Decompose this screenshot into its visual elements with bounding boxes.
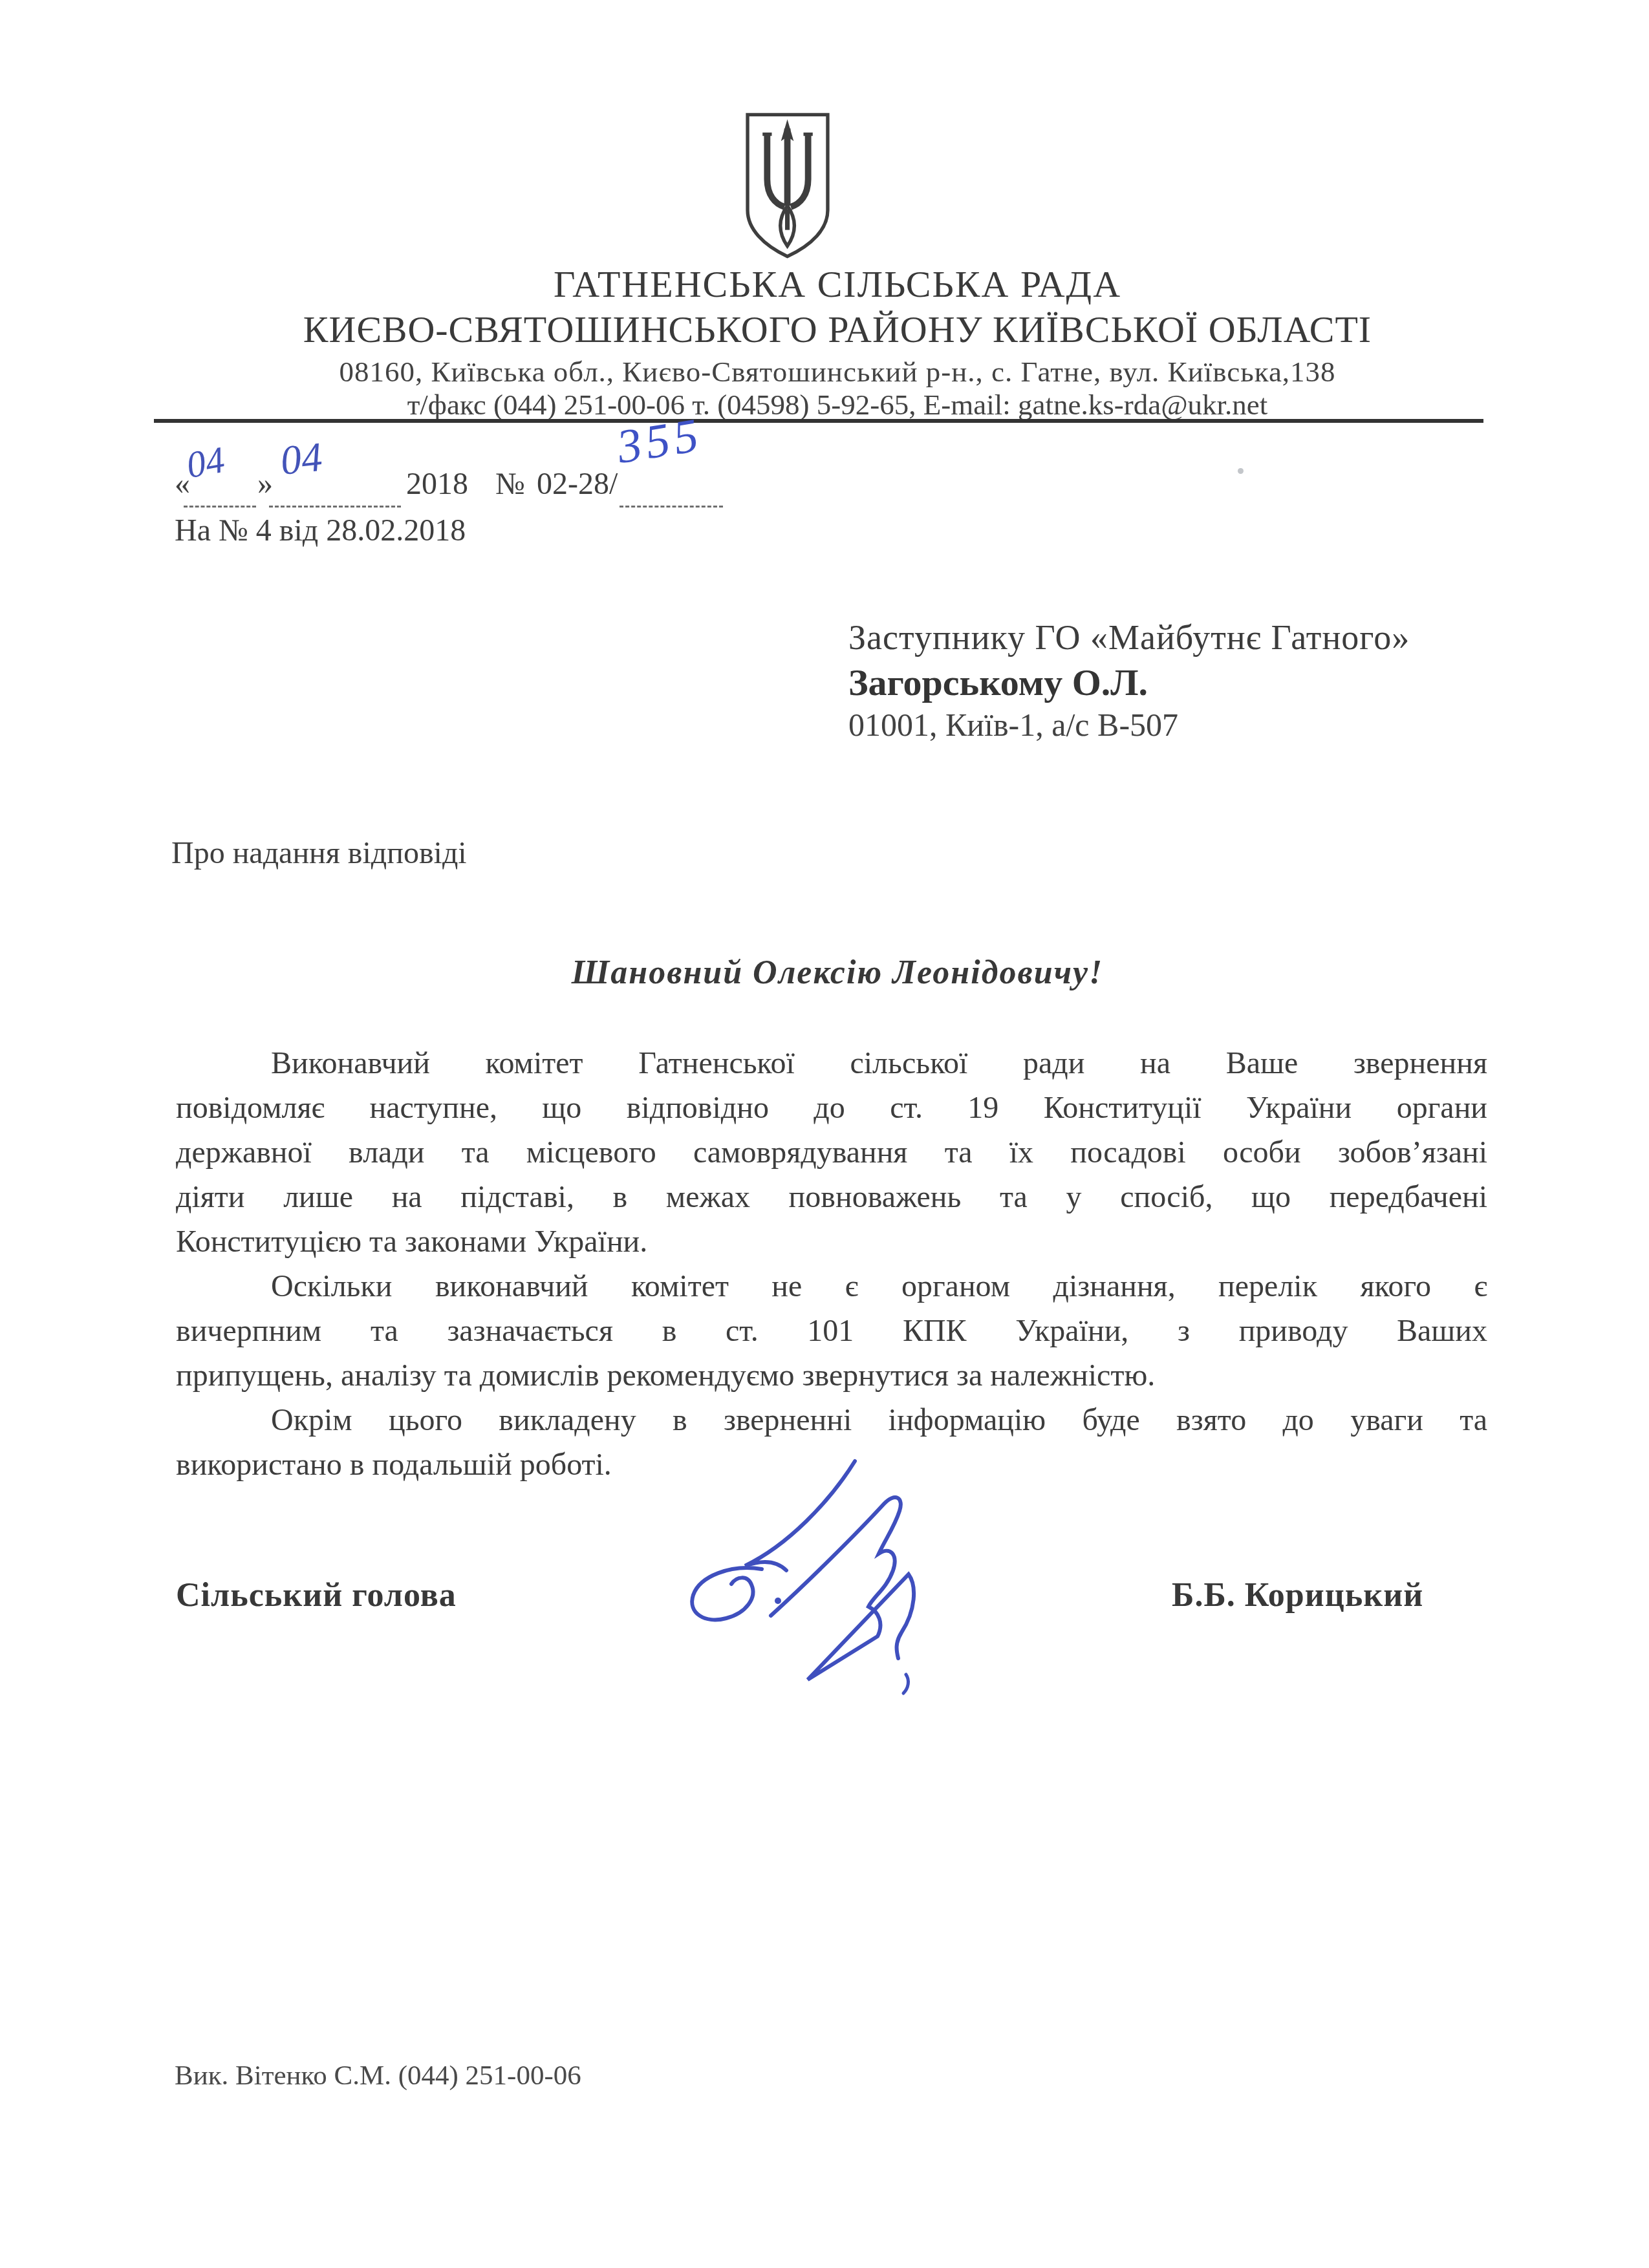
body-line: повідомляє наступне, що відповідно до ст… <box>176 1086 1487 1130</box>
day-underline <box>184 504 256 508</box>
in-reply-to-line: На № 4 від 28.02.2018 <box>175 513 466 548</box>
salutation: Шановний Олексію Леонідовичу! <box>155 954 1520 992</box>
subject-line: Про надання відповіді <box>171 835 467 871</box>
signer-position-title: Сільський голова <box>176 1576 457 1614</box>
body-line: діяти лише на підставі, в межах повноваж… <box>176 1175 1487 1219</box>
org-name-line2: КИЄВО-СВЯТОШИНСЬКОГО РАЙОНУ КИЇВСЬКОЇ ОБ… <box>155 308 1520 351</box>
date-close-quote: » <box>257 466 273 502</box>
letterhead-divider <box>154 419 1483 423</box>
ukraine-tryzub-emblem-icon <box>738 111 837 260</box>
org-name-line1: ГАТНЕНСЬКА СІЛЬСЬКА РАДА <box>155 262 1520 306</box>
recipient-address: 01001, Київ-1, а/с В-507 <box>848 706 1178 744</box>
body-line: Окрім цього викладену в зверненні інформ… <box>176 1398 1487 1442</box>
body-line: Конституцією та законами України. <box>176 1219 1487 1264</box>
scan-speck <box>1238 468 1244 474</box>
org-address: 08160, Київська обл., Києво-Святошинськи… <box>155 355 1520 389</box>
scanned-letter-page: ГАТНЕНСЬКА СІЛЬСЬКА РАДА КИЄВО-СВЯТОШИНС… <box>0 0 1649 2268</box>
month-underline <box>269 504 401 508</box>
body-line: Виконавчий комітет Гатненської сільської… <box>176 1041 1487 1086</box>
outgoing-number-prefix: 02-28/ <box>537 466 618 502</box>
body-line: державної влади та місцевого самоврядува… <box>176 1130 1487 1175</box>
handwritten-month: 04 <box>278 433 324 485</box>
body-line: припущень, аналізу та домислів рекоменду… <box>176 1353 1487 1398</box>
letter-body: Виконавчий комітет Гатненської сільської… <box>176 1041 1487 1487</box>
org-contact: т/факс (044) 251-00-06 т. (04598) 5-92-6… <box>155 388 1520 422</box>
recipient-title: Заступнику ГО «Майбутнє Гатного» <box>848 617 1410 658</box>
number-sign: № <box>495 466 525 502</box>
handwritten-signature-icon <box>660 1456 957 1734</box>
executor-line: Вик. Вітенко С.М. (044) 251-00-06 <box>175 2060 581 2091</box>
handwritten-day: 04 <box>183 438 228 487</box>
number-underline <box>620 504 723 508</box>
signer-name: Б.Б. Корицький <box>1172 1576 1423 1614</box>
body-line: Оскільки виконавчий комітет не є органом… <box>176 1264 1487 1309</box>
recipient-name: Загорському О.Л. <box>848 661 1148 704</box>
body-line: вичерпним та зазначається в ст. 101 КПК … <box>176 1309 1487 1353</box>
year-label: 2018 <box>406 466 468 502</box>
